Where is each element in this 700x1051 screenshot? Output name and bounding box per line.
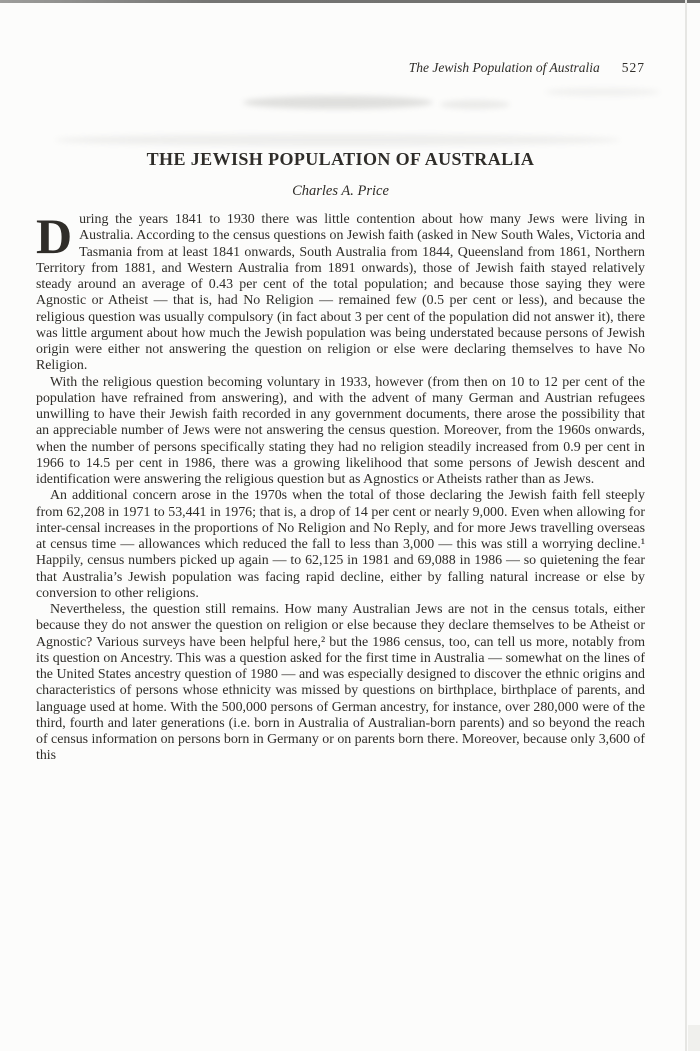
article-title: THE JEWISH POPULATION OF AUSTRALIA [36, 149, 645, 170]
running-header: The Jewish Population of Australia527 [36, 60, 645, 76]
scan-corner-shade [688, 1025, 700, 1051]
drop-cap: D [36, 214, 72, 260]
scan-edge-right-line [685, 0, 687, 1051]
running-header-title: The Jewish Population of Australia [409, 60, 600, 75]
bleedthrough-smudge [55, 134, 620, 146]
paragraph-1: During the years 1841 to 1930 there was … [36, 212, 645, 375]
bleedthrough-smudge [243, 96, 433, 109]
page-number: 527 [622, 60, 645, 75]
scan-edge-top-line [0, 0, 700, 3]
paragraph-2: With the religious question becoming vol… [36, 375, 645, 489]
paragraph-3: An additional concern arose in the 1970s… [36, 488, 645, 602]
bleedthrough-smudge [545, 88, 660, 96]
paragraph-4: Nevertheless, the question still remains… [36, 602, 645, 765]
paragraph-1-text: uring the years 1841 to 1930 there was l… [36, 212, 645, 373]
article-author: Charles A. Price [36, 183, 645, 200]
article-body: During the years 1841 to 1930 there was … [36, 212, 645, 765]
scanned-page: The Jewish Population of Australia527 TH… [0, 0, 700, 1051]
bleedthrough-smudge [440, 100, 510, 109]
